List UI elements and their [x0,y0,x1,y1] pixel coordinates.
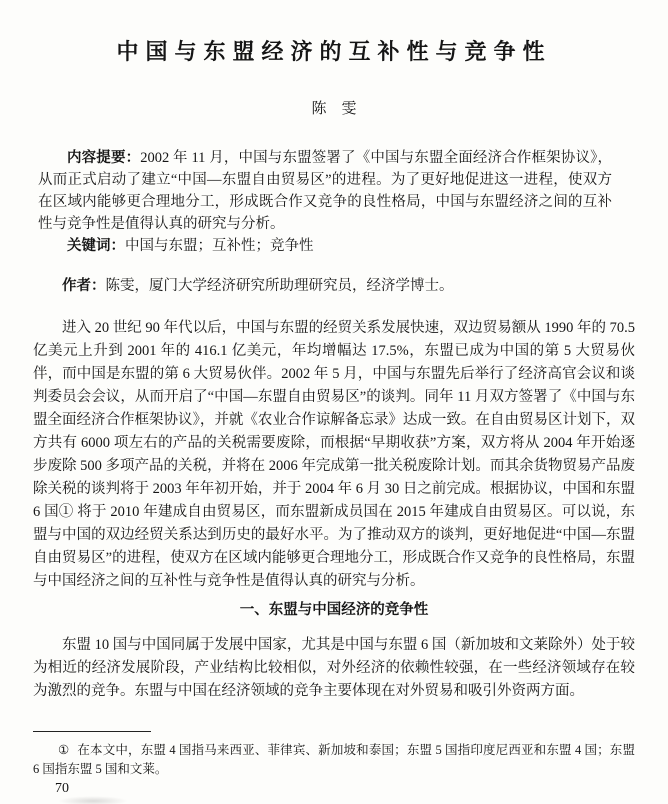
scanned-paper-page: 中国与东盟经济的互补性与竞争性 陈 雯 内容提要：2002 年 11 月，中国与… [0,0,668,804]
author-name: 陈 雯 [33,101,635,117]
abstract-paragraph: 内容提要：2002 年 11 月，中国与东盟签署了《中国与东盟全面经济合作框架协… [38,147,612,235]
abstract-block: 内容提要：2002 年 11 月，中国与东盟签署了《中国与东盟全面经济合作框架协… [38,147,612,257]
footnote-divider [33,731,151,732]
body-paragraph-1: 进入 20 世纪 90 年代以后，中国与东盟的经贸关系发展快速，双边贸易额从 1… [33,317,635,593]
footnote-text-line: ①在本文中，东盟 4 国指马来西亚、菲律宾、新加坡和泰国；东盟 5 国指印度尼西… [33,741,635,779]
author-affiliation-line: 作者：陈雯，厦门大学经济研究所助理研究员，经济学博士。 [33,275,635,297]
keywords-label: 关键词： [67,238,125,254]
paper-title: 中国与东盟经济的互补性与竞争性 [33,15,635,65]
keywords-line: 关键词：中国与东盟；互补性；竞争性 [38,235,612,257]
footnote-marker: ① [58,743,69,757]
body-paragraph-2: 东盟 10 国与中国同属于发展中国家，尤其是中国与东盟 6 国（新加坡和文莱除外… [33,634,635,703]
scan-smudge [58,796,128,804]
abstract-label: 内容提要： [67,150,140,166]
footnote-text: 在本文中，东盟 4 国指马来西亚、菲律宾、新加坡和泰国；东盟 5 国指印度尼西亚… [33,743,635,776]
footnote-block: ①在本文中，东盟 4 国指马来西亚、菲律宾、新加坡和泰国；东盟 5 国指印度尼西… [33,731,635,779]
page-number: 70 [55,781,69,797]
author-affiliation-label: 作者： [62,278,106,294]
keywords-text: 中国与东盟；互补性；竞争性 [125,238,314,254]
section-1-heading: 一、东盟与中国经济的竞争性 [33,599,635,622]
author-affiliation-text: 陈雯，厦门大学经济研究所助理研究员，经济学博士。 [106,278,454,294]
